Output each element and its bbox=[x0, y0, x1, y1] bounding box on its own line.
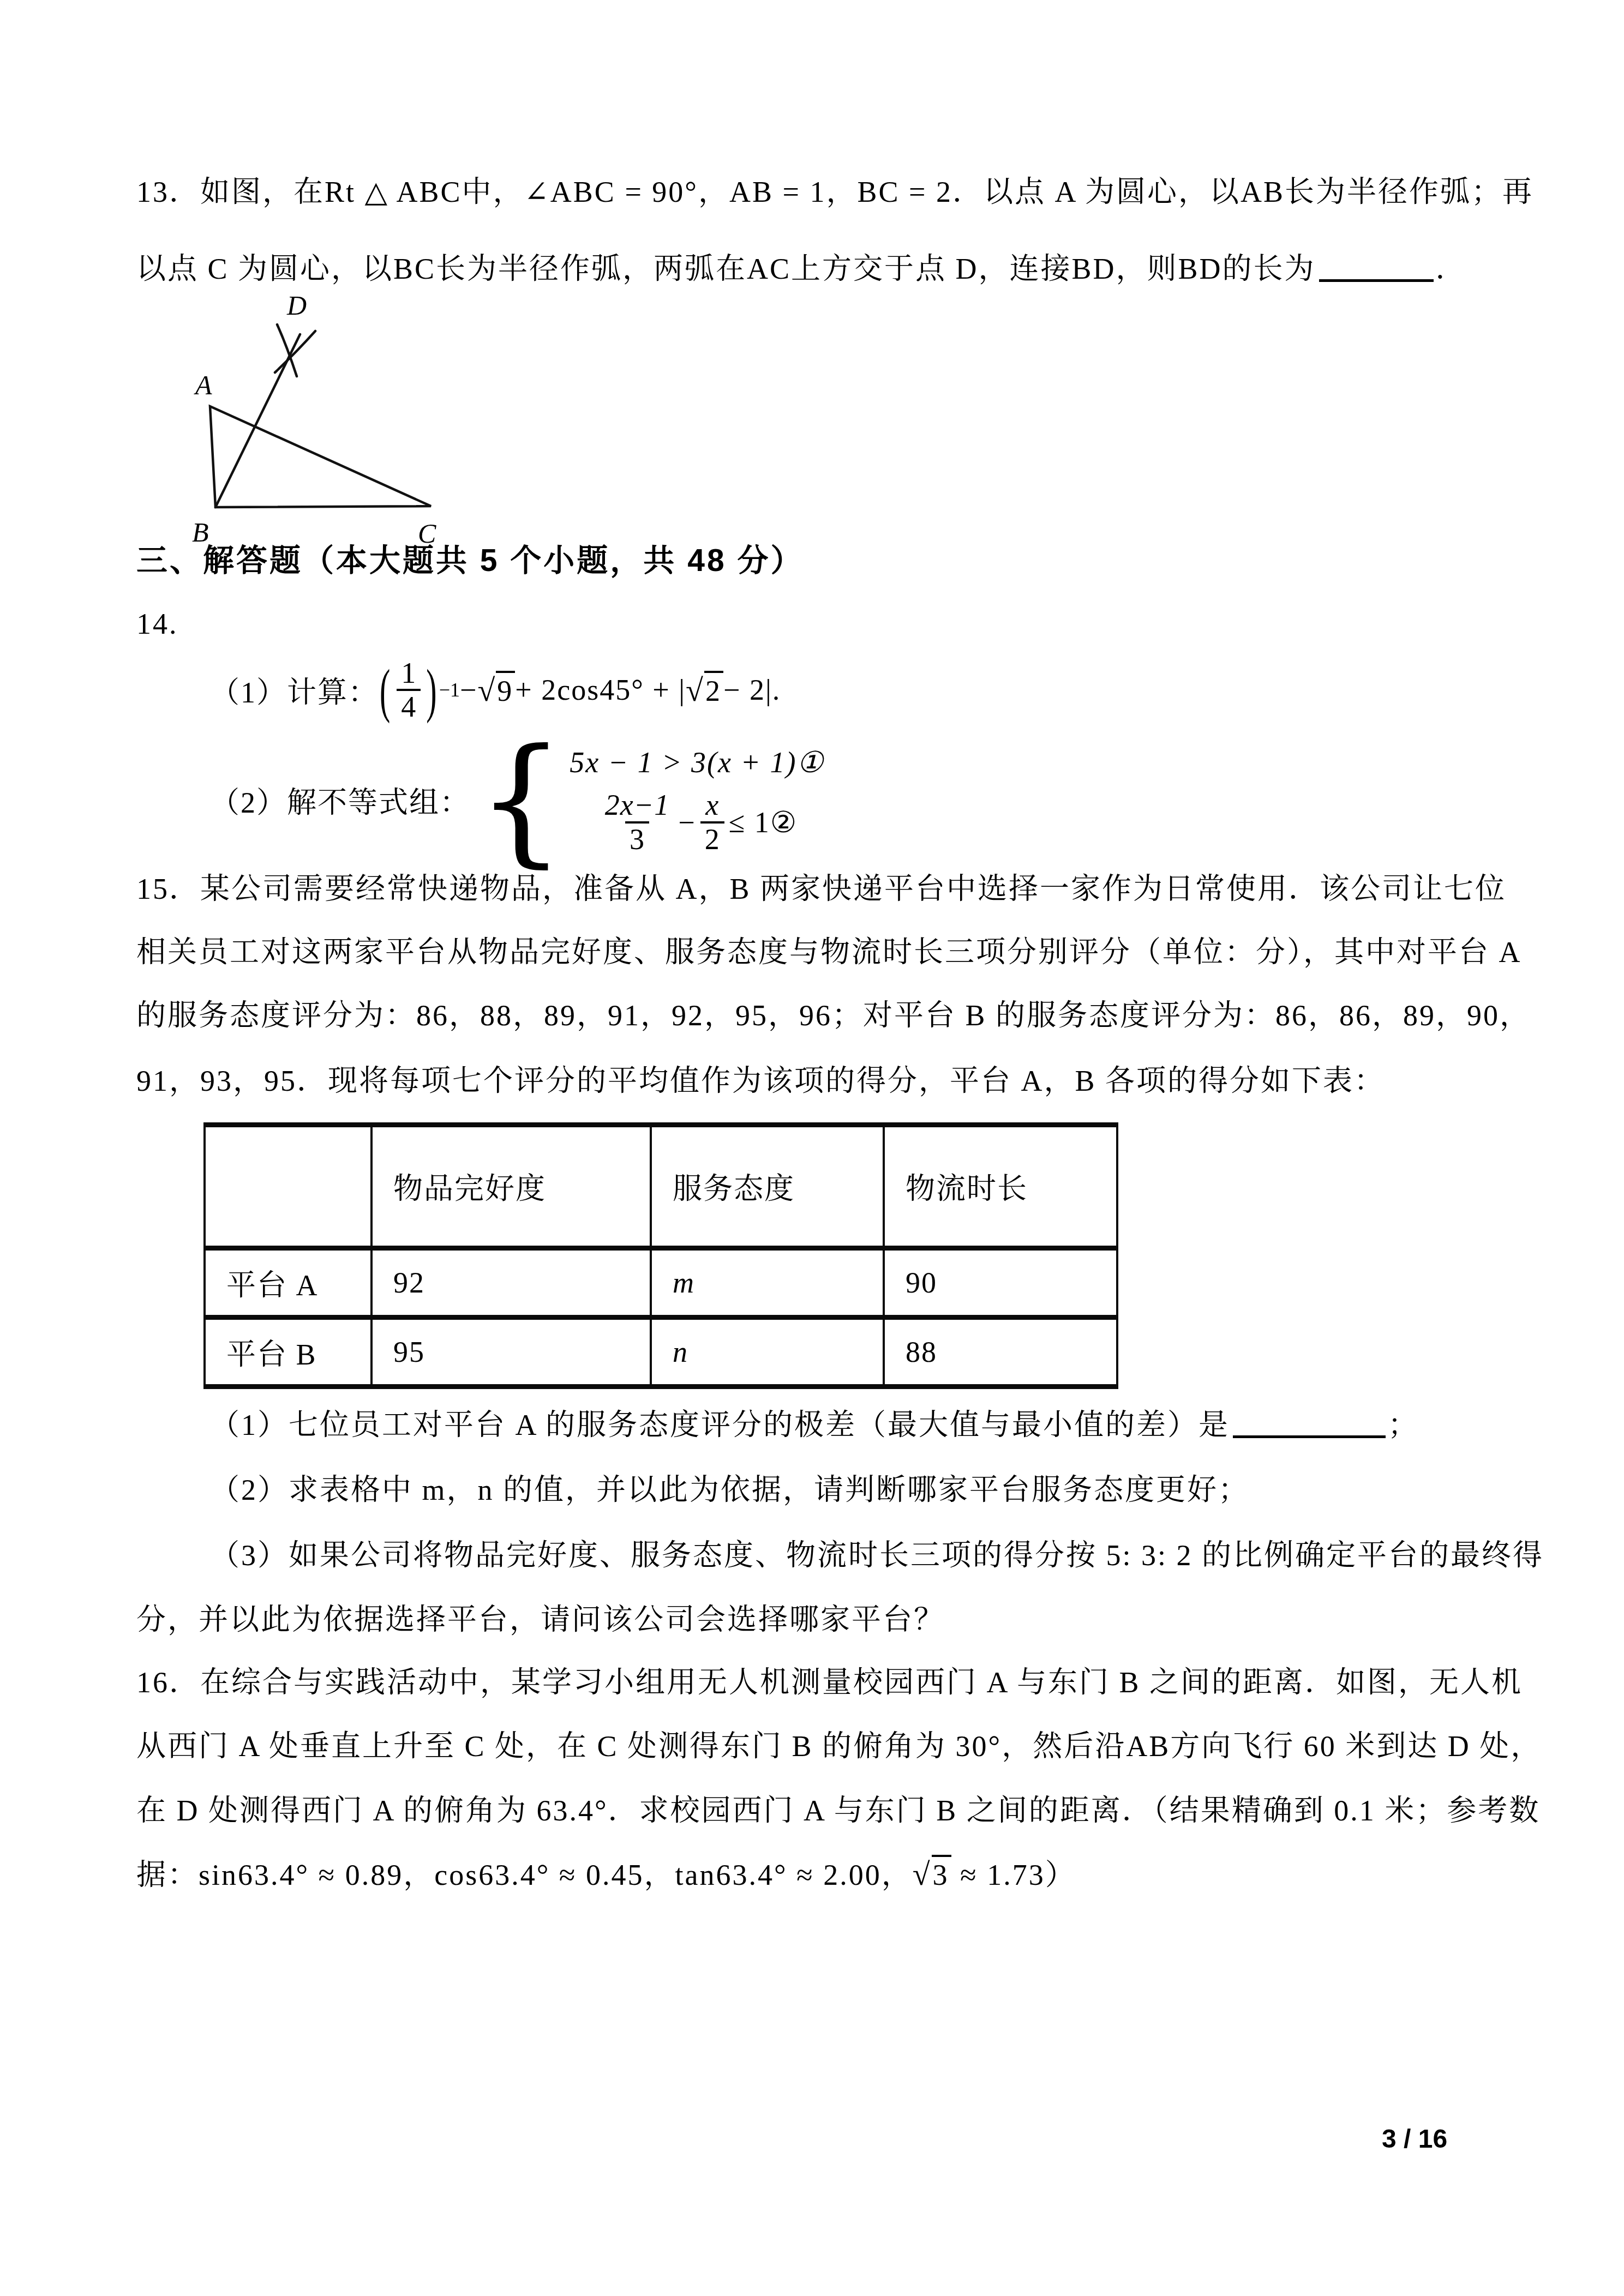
radicand: 3 bbox=[932, 1855, 951, 1891]
q15-sub3-line1: （3）如果公司将物品完好度、服务态度、物流时长三项的得分按 5: 3: 2 的比… bbox=[210, 1538, 1544, 1573]
tail-terms: − 2|. bbox=[723, 673, 781, 707]
q14-number: 14. bbox=[136, 606, 178, 641]
label-c: C bbox=[418, 518, 436, 545]
q13-line2-text: 以点 C 为圆心，以BC长为半径作弧，两弧在AC上方交于点 D，连接BD，则BD… bbox=[136, 253, 1316, 285]
label-b: B bbox=[192, 517, 209, 545]
fraction-1-4: 14 bbox=[397, 657, 421, 723]
q13-line1: 13．如图，在Rt △ ABC中，∠ABC = 90°，AB = 1，BC = … bbox=[136, 175, 1533, 209]
cell-value: 92 bbox=[371, 1248, 651, 1318]
exponent-minus-1: −1 bbox=[439, 678, 460, 701]
fraction-2x-1-over-3: 2x−13 bbox=[601, 789, 674, 855]
page-number: 3 / 16 bbox=[1382, 2124, 1447, 2154]
q16-line4-text: 据：sin63.4° ≈ 0.89，cos63.4° ≈ 0.45，tan63.… bbox=[136, 1859, 913, 1891]
cell-value-m: m bbox=[651, 1248, 884, 1318]
q14-part1-formula: （1）计算： ( 14 ) −1 − √9 + 2cos45° + | √2 −… bbox=[210, 657, 781, 723]
sqrt-9: √9 bbox=[477, 672, 515, 708]
q15-sub1-semicolon: ； bbox=[1388, 1409, 1419, 1441]
q15-line1: 15．某公司需要经常快递物品，准备从 A，B 两家快递平台中选择一家作为日常使用… bbox=[136, 871, 1506, 906]
section-3-header: 三、解答题（本大题共 5 个小题，共 48 分） bbox=[136, 543, 804, 578]
q15-sub3-line2: 分，并以此为依据选择平台，请问该公司会选择哪家平台？ bbox=[136, 1602, 945, 1637]
minus-op: − bbox=[460, 673, 477, 707]
system-rows: 5x − 1 > 3(x + 1)① 2x−13 − x2 ≤ 1② bbox=[570, 745, 824, 855]
table-row-platform-a: 平台 A 92 m 90 bbox=[205, 1248, 1117, 1318]
cell-value: 90 bbox=[884, 1248, 1117, 1318]
arc-mark-2 bbox=[275, 331, 315, 372]
radicand: 9 bbox=[496, 671, 515, 707]
label-a: A bbox=[194, 370, 212, 400]
row-label: 平台 A bbox=[205, 1248, 371, 1318]
header-cell-empty bbox=[205, 1125, 371, 1248]
fraction-numerator: 1 bbox=[397, 657, 421, 689]
q14-part2-label: （2）解不等式组： bbox=[210, 779, 470, 821]
q16-line1: 16．在综合与实践活动中，某学习小组用无人机测量校园西门 A 与东门 B 之间的… bbox=[136, 1665, 1523, 1700]
q16-line2: 从西门 A 处垂直上升至 C 处，在 C 处测得东门 B 的俯角为 30°，然后… bbox=[136, 1729, 1542, 1764]
q16-line4-tail: ≈ 1.73） bbox=[951, 1859, 1076, 1891]
inequality-system: { 5x − 1 > 3(x + 1)① 2x−13 − x2 ≤ 1② bbox=[477, 744, 824, 856]
q15-line3: 的服务态度评分为：86，88，89，91，92，95，96；对平台 B 的服务态… bbox=[136, 998, 1531, 1033]
middle-terms: + 2cos45° + | bbox=[515, 673, 686, 707]
exam-page: 13．如图，在Rt △ ABC中，∠ABC = 90°，AB = 1，BC = … bbox=[0, 0, 1624, 2296]
q14-part2-formula: （2）解不等式组： { 5x − 1 > 3(x + 1)① 2x−13 − x… bbox=[210, 748, 824, 852]
radical-sign: √ bbox=[686, 672, 704, 708]
radical-sign: √ bbox=[477, 672, 496, 708]
q13-figure: D A B C bbox=[180, 292, 529, 545]
label-d: D bbox=[286, 292, 307, 321]
header-cell-logistics: 物流时长 bbox=[884, 1125, 1117, 1248]
fraction-denominator: 4 bbox=[397, 689, 421, 723]
fraction-numerator: x bbox=[701, 789, 723, 821]
table-row-platform-b: 平台 B 95 n 88 bbox=[205, 1318, 1117, 1387]
table-header-row: 物品完好度 服务态度 物流时长 bbox=[205, 1125, 1117, 1248]
inequality-1: 5x − 1 > 3(x + 1)① bbox=[570, 745, 824, 779]
cell-value: 95 bbox=[371, 1318, 651, 1387]
q16-line4: 据：sin63.4° ≈ 0.89，cos63.4° ≈ 0.45，tan63.… bbox=[136, 1857, 1076, 1892]
inequality-2: 2x−13 − x2 ≤ 1② bbox=[596, 789, 798, 855]
triangle-abc bbox=[210, 406, 431, 507]
header-cell-service: 服务态度 bbox=[651, 1125, 884, 1248]
score-table: 物品完好度 服务态度 物流时长 平台 A 92 m 90 平台 B 95 n 8… bbox=[203, 1122, 1118, 1389]
sqrt-3: √3 bbox=[913, 1859, 951, 1891]
header-cell-intact: 物品完好度 bbox=[371, 1125, 651, 1248]
q15-line2: 相关员工对这两家平台从物品完好度、服务态度与物流时长三项分别评分（单位：分），其… bbox=[136, 935, 1522, 970]
fraction-numerator: 2x−1 bbox=[601, 789, 674, 821]
row-label: 平台 B bbox=[205, 1318, 371, 1387]
q15-sub1-answer-blank bbox=[1233, 1407, 1386, 1438]
q16-line3: 在 D 处测得西门 A 的俯角为 63.4°．求校园西门 A 与东门 B 之间的… bbox=[136, 1793, 1540, 1828]
q15-sub1-text: （1）七位员工对平台 A 的服务态度评分的极差（最大值与最小值的差）是 bbox=[210, 1409, 1230, 1441]
radicand: 2 bbox=[704, 671, 723, 707]
q15-sub2: （2）求表格中 m，n 的值，并以此为依据，请判断哪家平台服务态度更好； bbox=[210, 1472, 1249, 1507]
radical-sign: √ bbox=[913, 1856, 932, 1892]
fraction-x-over-2: x2 bbox=[700, 789, 724, 855]
q13-line2-period: ． bbox=[1436, 253, 1467, 285]
system-brace: { bbox=[477, 744, 566, 856]
sqrt-2: √2 bbox=[686, 672, 723, 708]
close-paren: ) bbox=[426, 655, 438, 724]
inequality-2-tail: ≤ 1② bbox=[729, 805, 798, 839]
q13-line2: 以点 C 为圆心，以BC长为半径作弧，两弧在AC上方交于点 D，连接BD，则BD… bbox=[136, 251, 1467, 286]
fraction-denominator: 3 bbox=[625, 821, 649, 855]
q14-part1-label: （1）计算： bbox=[210, 669, 379, 711]
cell-value: 88 bbox=[884, 1318, 1117, 1387]
q15-sub1: （1）七位员工对平台 A 的服务态度评分的极差（最大值与最小值的差）是； bbox=[210, 1407, 1419, 1442]
cell-value-n: n bbox=[651, 1318, 884, 1387]
fraction-denominator: 2 bbox=[700, 821, 724, 855]
q15-line4: 91，93，95．现将每项七个评分的平均值作为该项的得分，平台 A，B 各项的得… bbox=[136, 1063, 1385, 1098]
minus-op: − bbox=[678, 806, 696, 839]
q13-answer-blank bbox=[1319, 251, 1434, 282]
open-paren: ( bbox=[380, 655, 391, 724]
